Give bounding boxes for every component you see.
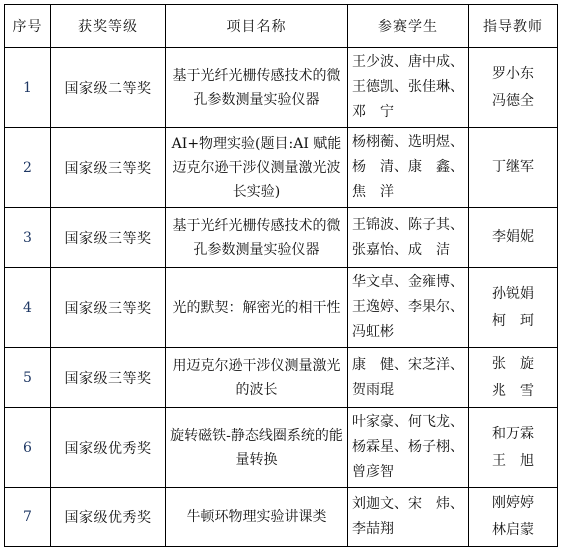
cell-teachers: 刚婷婷 林启蒙 [469,488,558,547]
cell-no: 4 [5,268,51,348]
header-teachers: 指导教师 [469,5,558,48]
header-award: 获奖等级 [51,5,166,48]
header-no: 序号 [5,5,51,48]
cell-no: 5 [5,348,51,408]
table-row: 3 国家级三等奖 基于光纤光栅传感技术的微孔参数测量实验仪器 王锦波、陈子其、张… [5,208,558,268]
cell-students: 刘迦文、宋 炜、李喆翔 [348,488,469,547]
cell-project: 光的默契：解密光的相干性 [166,268,348,348]
table-row: 4 国家级三等奖 光的默契：解密光的相干性 华文卓、金雍博、王逸婷、李果尔、冯虹… [5,268,558,348]
cell-teachers: 罗小东 冯德全 [469,48,558,128]
cell-project: 旋转磁铁-静态线圈系统的能量转换 [166,408,348,488]
cell-award: 国家级三等奖 [51,268,166,348]
cell-teachers: 丁继军 [469,128,558,208]
cell-students: 王锦波、陈子其、张嘉怡、成 洁 [348,208,469,268]
cell-no: 2 [5,128,51,208]
cell-teachers: 李娟妮 [469,208,558,268]
awards-table: 序号 获奖等级 项目名称 参赛学生 指导教师 1 国家级二等奖 基于光纤光栅传感… [4,4,558,547]
cell-students: 康 健、宋芝洋、贺雨琨 [348,348,469,408]
cell-project: AI+物理实验(题目:AI 赋能迈克尔逊干涉仪测量激光波长实验) [166,128,348,208]
table-row: 5 国家级三等奖 用迈克尔逊干涉仪测量激光的波长 康 健、宋芝洋、贺雨琨 张 旋… [5,348,558,408]
header-students: 参赛学生 [348,5,469,48]
cell-award: 国家级二等奖 [51,48,166,128]
cell-project: 牛顿环物理实验讲课类 [166,488,348,547]
cell-no: 3 [5,208,51,268]
table-row: 6 国家级优秀奖 旋转磁铁-静态线圈系统的能量转换 叶家豪、何飞龙、杨霖星、杨子… [5,408,558,488]
cell-award: 国家级三等奖 [51,208,166,268]
cell-award: 国家级三等奖 [51,348,166,408]
cell-no: 7 [5,488,51,547]
cell-students: 叶家豪、何飞龙、杨霖星、杨子栩、曾彦智 [348,408,469,488]
cell-award: 国家级优秀奖 [51,408,166,488]
cell-no: 1 [5,48,51,128]
cell-teachers: 孙锐娟 柯 珂 [469,268,558,348]
cell-teachers: 张 旋 兆 雪 [469,348,558,408]
cell-no: 6 [5,408,51,488]
table-row: 1 国家级二等奖 基于光纤光栅传感技术的微孔参数测量实验仪器 王少波、唐中成、王… [5,48,558,128]
cell-award: 国家级优秀奖 [51,488,166,547]
cell-students: 杨栩蘅、选明煜、杨 清、康 鑫、焦 洋 [348,128,469,208]
cell-project: 用迈克尔逊干涉仪测量激光的波长 [166,348,348,408]
table-row: 2 国家级三等奖 AI+物理实验(题目:AI 赋能迈克尔逊干涉仪测量激光波长实验… [5,128,558,208]
cell-project: 基于光纤光栅传感技术的微孔参数测量实验仪器 [166,48,348,128]
table-row: 7 国家级优秀奖 牛顿环物理实验讲课类 刘迦文、宋 炜、李喆翔 刚婷婷 林启蒙 [5,488,558,547]
header-project: 项目名称 [166,5,348,48]
header-row: 序号 获奖等级 项目名称 参赛学生 指导教师 [5,5,558,48]
cell-students: 华文卓、金雍博、王逸婷、李果尔、冯虹彬 [348,268,469,348]
cell-award: 国家级三等奖 [51,128,166,208]
cell-project: 基于光纤光栅传感技术的微孔参数测量实验仪器 [166,208,348,268]
page: 序号 获奖等级 项目名称 参赛学生 指导教师 1 国家级二等奖 基于光纤光栅传感… [0,0,561,513]
cell-teachers: 和万霖 王 旭 [469,408,558,488]
cell-students: 王少波、唐中成、王德凯、张佳琳、邓 宁 [348,48,469,128]
